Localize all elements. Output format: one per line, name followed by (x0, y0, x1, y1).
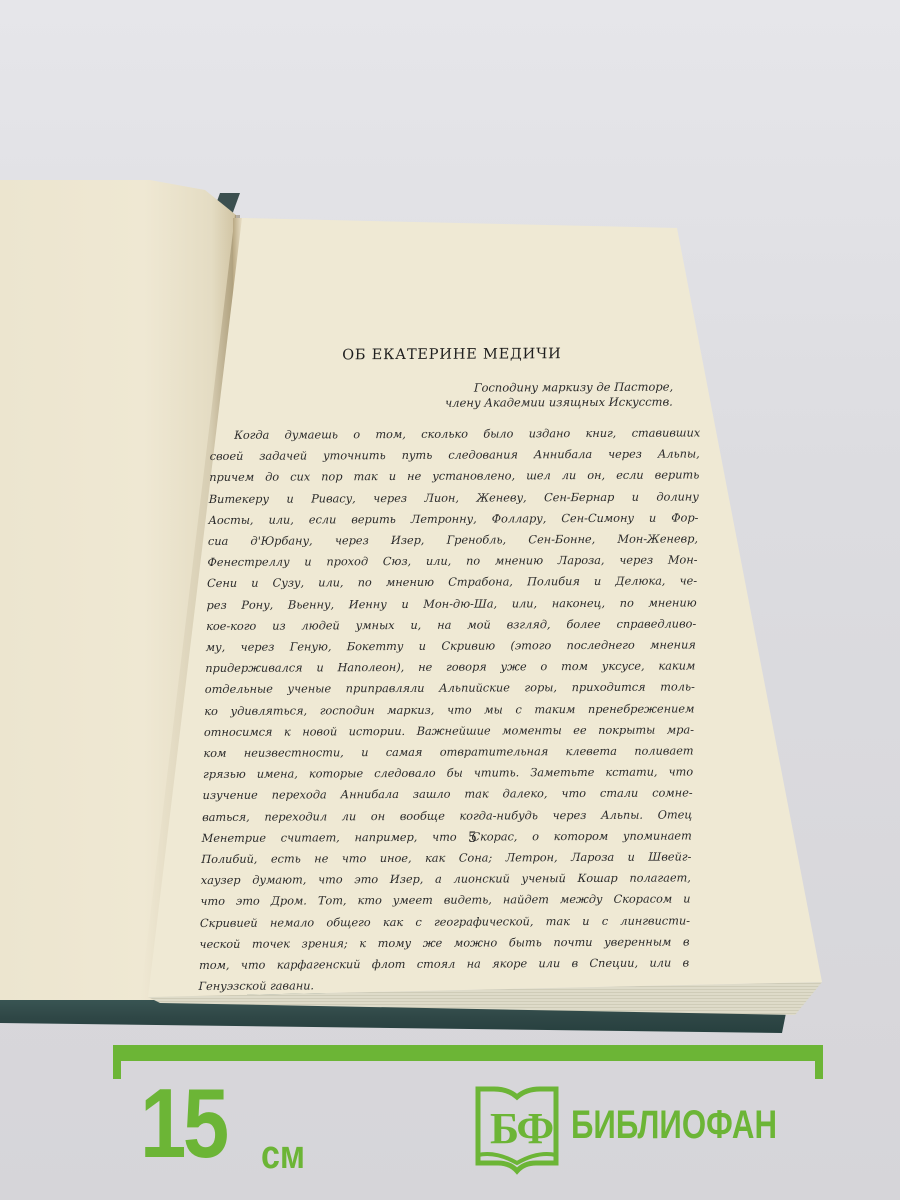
text-line: Витекеру и Ривасу, через Лион, Женеву, С… (209, 486, 700, 510)
body-paragraph: Когда думаешь о том, сколько было издано… (198, 422, 700, 997)
scale-value: 15 (140, 1074, 226, 1172)
text-line: му, через Геную, Бокетту и Скривию (этог… (206, 634, 697, 658)
text-line: изучение перехода Аннибала зашло так дал… (202, 783, 693, 807)
text-line: своей задачей уточнить путь следования А… (209, 444, 700, 468)
text-line: Скривией немало общего как с географичес… (200, 910, 691, 934)
photo-scene: ОБ ЕКАТЕРИНЕ МЕДИЧИ Господину маркизу де… (0, 0, 900, 1200)
page-number: 5 (468, 830, 477, 846)
text-line: ком неизвестности, и самая отвратительна… (203, 740, 694, 764)
text-line: Полибий, есть не что иное, как Сона; Лет… (201, 846, 692, 870)
logo-name: БИБЛИОФАН (571, 1103, 777, 1148)
text-line: ко удивляться, господин маркиз, что мы с… (204, 698, 695, 722)
logo-letters: БФ (490, 1103, 552, 1154)
text-line: сиа д'Юрбану, через Изер, Гренобль, Сен-… (208, 528, 699, 552)
text-line: ческой точек зрения; к тому же можно быт… (199, 931, 690, 955)
text-line: хаузер думают, что это Изер, а лионский … (201, 868, 692, 892)
text-line: ваться, переходил ли он вообще когда-ниб… (202, 804, 693, 828)
text-line: Фенестреллу и проход Сюз, или, по мнению… (207, 550, 698, 574)
text-line: Генуэзской гавани. (198, 974, 689, 998)
text-line: отдельные ученые приправляли Альпийские … (205, 677, 696, 701)
text-line: относимся к новой истории. Важнейшие мом… (204, 719, 695, 743)
ruler-tick-right (815, 1045, 823, 1079)
page-text-block: ОБ ЕКАТЕРИНЕ МЕДИЧИ Господину маркизу де… (198, 345, 702, 997)
text-line: Сени и Сузу, или, по мнению Страбона, По… (207, 571, 698, 595)
dedication-line: члену Академии изящных Искусств. (211, 395, 673, 412)
text-line: кое-кого из людей умных и, на мой взгляд… (206, 613, 697, 637)
text-line: том, что карфагенский флот стоял на якор… (199, 953, 690, 977)
dedication: Господину маркизу де Пасторе, члену Акад… (211, 379, 702, 412)
ruler-bar (113, 1045, 823, 1061)
chapter-title: ОБ ЕКАТЕРИНЕ МЕДИЧИ (272, 346, 632, 364)
text-line: что это Дром. Тот, кто умеет видеть, най… (200, 889, 691, 913)
text-line: Менетрие считает, например, что Скорас, … (202, 825, 693, 849)
text-line: рез Рону, Вьенну, Иенну и Мон-дю-Ша, или… (206, 592, 697, 616)
text-line: Когда думаешь о том, сколько было издано… (210, 422, 701, 446)
text-line: грязью имена, которые следовало бы чтить… (203, 762, 694, 786)
text-line: причем до сих пор так и не установлено, … (209, 465, 700, 489)
scale-unit: см (261, 1133, 305, 1178)
text-line: придерживался и Наполеон), не говоря уже… (205, 656, 696, 680)
text-line: Аосты, или, если верить Летронну, Фоллар… (208, 507, 699, 531)
ruler-tick-left (113, 1045, 121, 1079)
